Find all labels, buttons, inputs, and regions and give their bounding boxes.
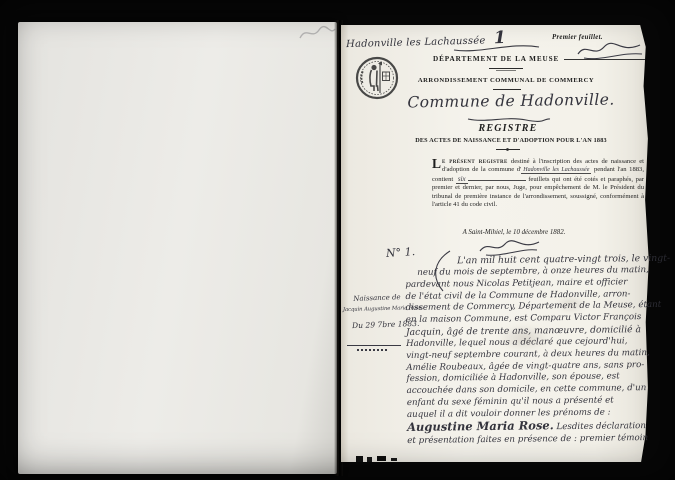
preamble-paragraph: Le présent registre destiné à l'inscript… [432,158,644,209]
commune-script-line: Commune de Hadonville. [404,91,618,112]
act-line-rest: Lesdites déclaration [554,421,646,432]
preamble-dropcap: L [432,158,441,169]
department-label: DÉPARTEMENT DE LA MEUSE [433,55,559,63]
bottom-edge-marks [356,455,400,463]
municipal-seal-stamp [355,55,399,101]
department-trailing-rule [564,59,645,60]
registre-title: REGISTRE [456,123,560,134]
divider-ornament [506,148,509,151]
left-blank-page [18,22,337,474]
margin-squiggle [357,349,387,351]
divider-rule-2 [493,89,521,90]
child-name-large: Augustine Maria Rose. [407,418,554,434]
commune-fill-in: Hadonville les Lachaussée [521,167,591,174]
preamble-smallcaps: e présent registre [442,158,508,165]
register-scan: Hadonville les Lachaussée 1 Premier feui… [0,0,675,480]
ink-bleed-mark [296,22,338,46]
dateline: A Saint-Mihiel, le 10 décembre 1882. [444,229,584,236]
registre-subtitle: DES ACTES DE NAISSANCE ET D'ADOPTION POU… [402,137,620,144]
blank-rule-line [468,175,526,181]
paper-smudge-2 [556,296,586,312]
department-header: DÉPARTEMENT DE LA MEUSE [433,55,645,63]
divider-rule-1 [489,68,523,69]
title-underline-swash [452,38,542,56]
feuillet-count-fill-in: six [456,175,468,184]
margin-rule [347,345,401,346]
arrondissement-label: ARRONDISSEMENT COMMUNAL DE COMMERCY [406,77,606,84]
divider-rule-1b [496,70,516,71]
paper-smudge [498,325,550,351]
